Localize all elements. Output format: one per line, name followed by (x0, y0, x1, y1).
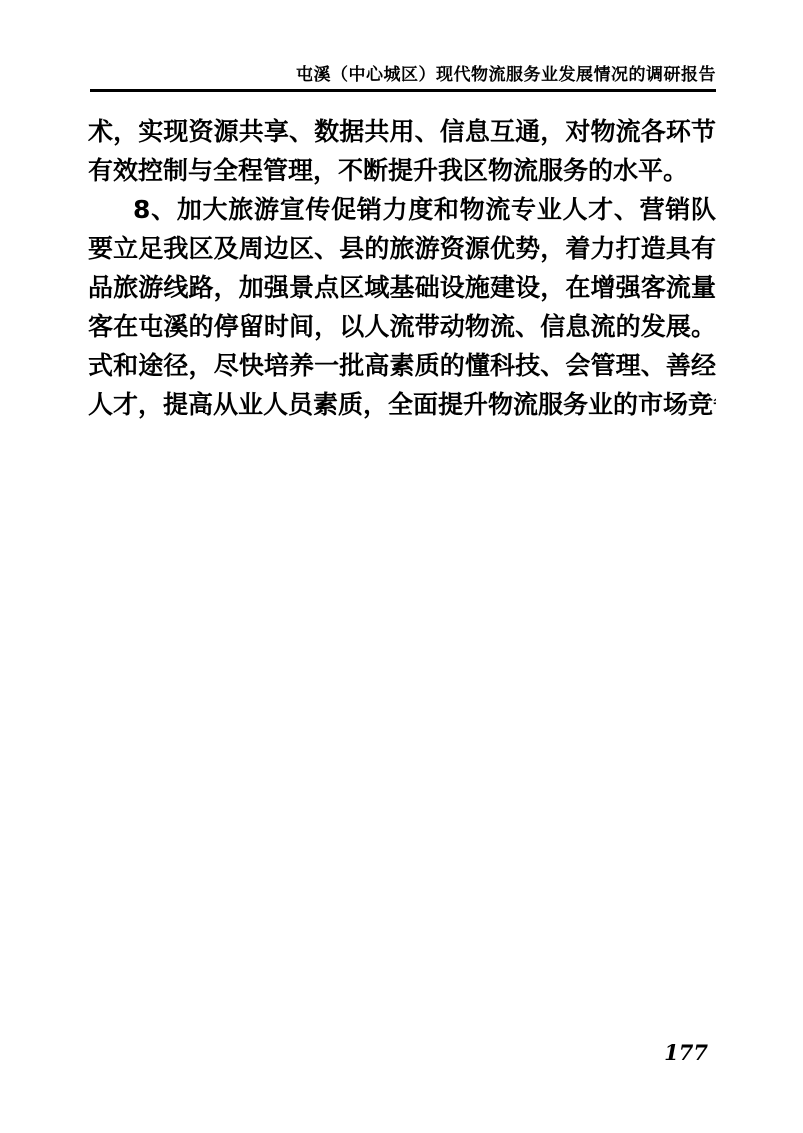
text-line: 8、加大旅游宣传促销力度和物流专业人才、营销队伍建设力度。 (88, 190, 716, 229)
paragraph: 术，实现资源共享、数据共用、信息互通，对物流各环节进行实时跟踪、 有效控制与全程… (88, 112, 716, 190)
text-line: 术，实现资源共享、数据共用、信息互通，对物流各环节进行实时跟踪、 (88, 112, 716, 151)
page-header-title: 屯溪（中心城区）现代物流服务业发展情况的调研报告 (90, 60, 716, 85)
header-rule (90, 89, 716, 92)
page-number: 177 (664, 1040, 708, 1065)
text-line: 品旅游线路，加强景点区域基础设施建设，在增强客流量的同时延长游 (88, 268, 716, 307)
document-page: 屯溪（中心城区）现代物流服务业发展情况的调研报告 术，实现资源共享、数据共用、信… (0, 0, 803, 1133)
text-line: 有效控制与全程管理，不断提升我区物流服务的水平。 (88, 151, 716, 190)
body-text: 术，实现资源共享、数据共用、信息互通，对物流各环节进行实时跟踪、 有效控制与全程… (88, 112, 716, 424)
paragraph: 8、加大旅游宣传促销力度和物流专业人才、营销队伍建设力度。 要立足我区及周边区、… (88, 190, 716, 424)
text-line: 要立足我区及周边区、县的旅游资源优势，着力打造具有区域特色的精 (88, 229, 716, 268)
text-line: 式和途径，尽快培养一批高素质的懂科技、会管理、善经营的物流管理 (88, 346, 716, 385)
text-line: 人才，提高从业人员素质，全面提升物流服务业的市场竞争力。 (88, 385, 716, 424)
text-line: 客在屯溪的停留时间，以人流带动物流、信息流的发展。要通过多种形 (88, 307, 716, 346)
